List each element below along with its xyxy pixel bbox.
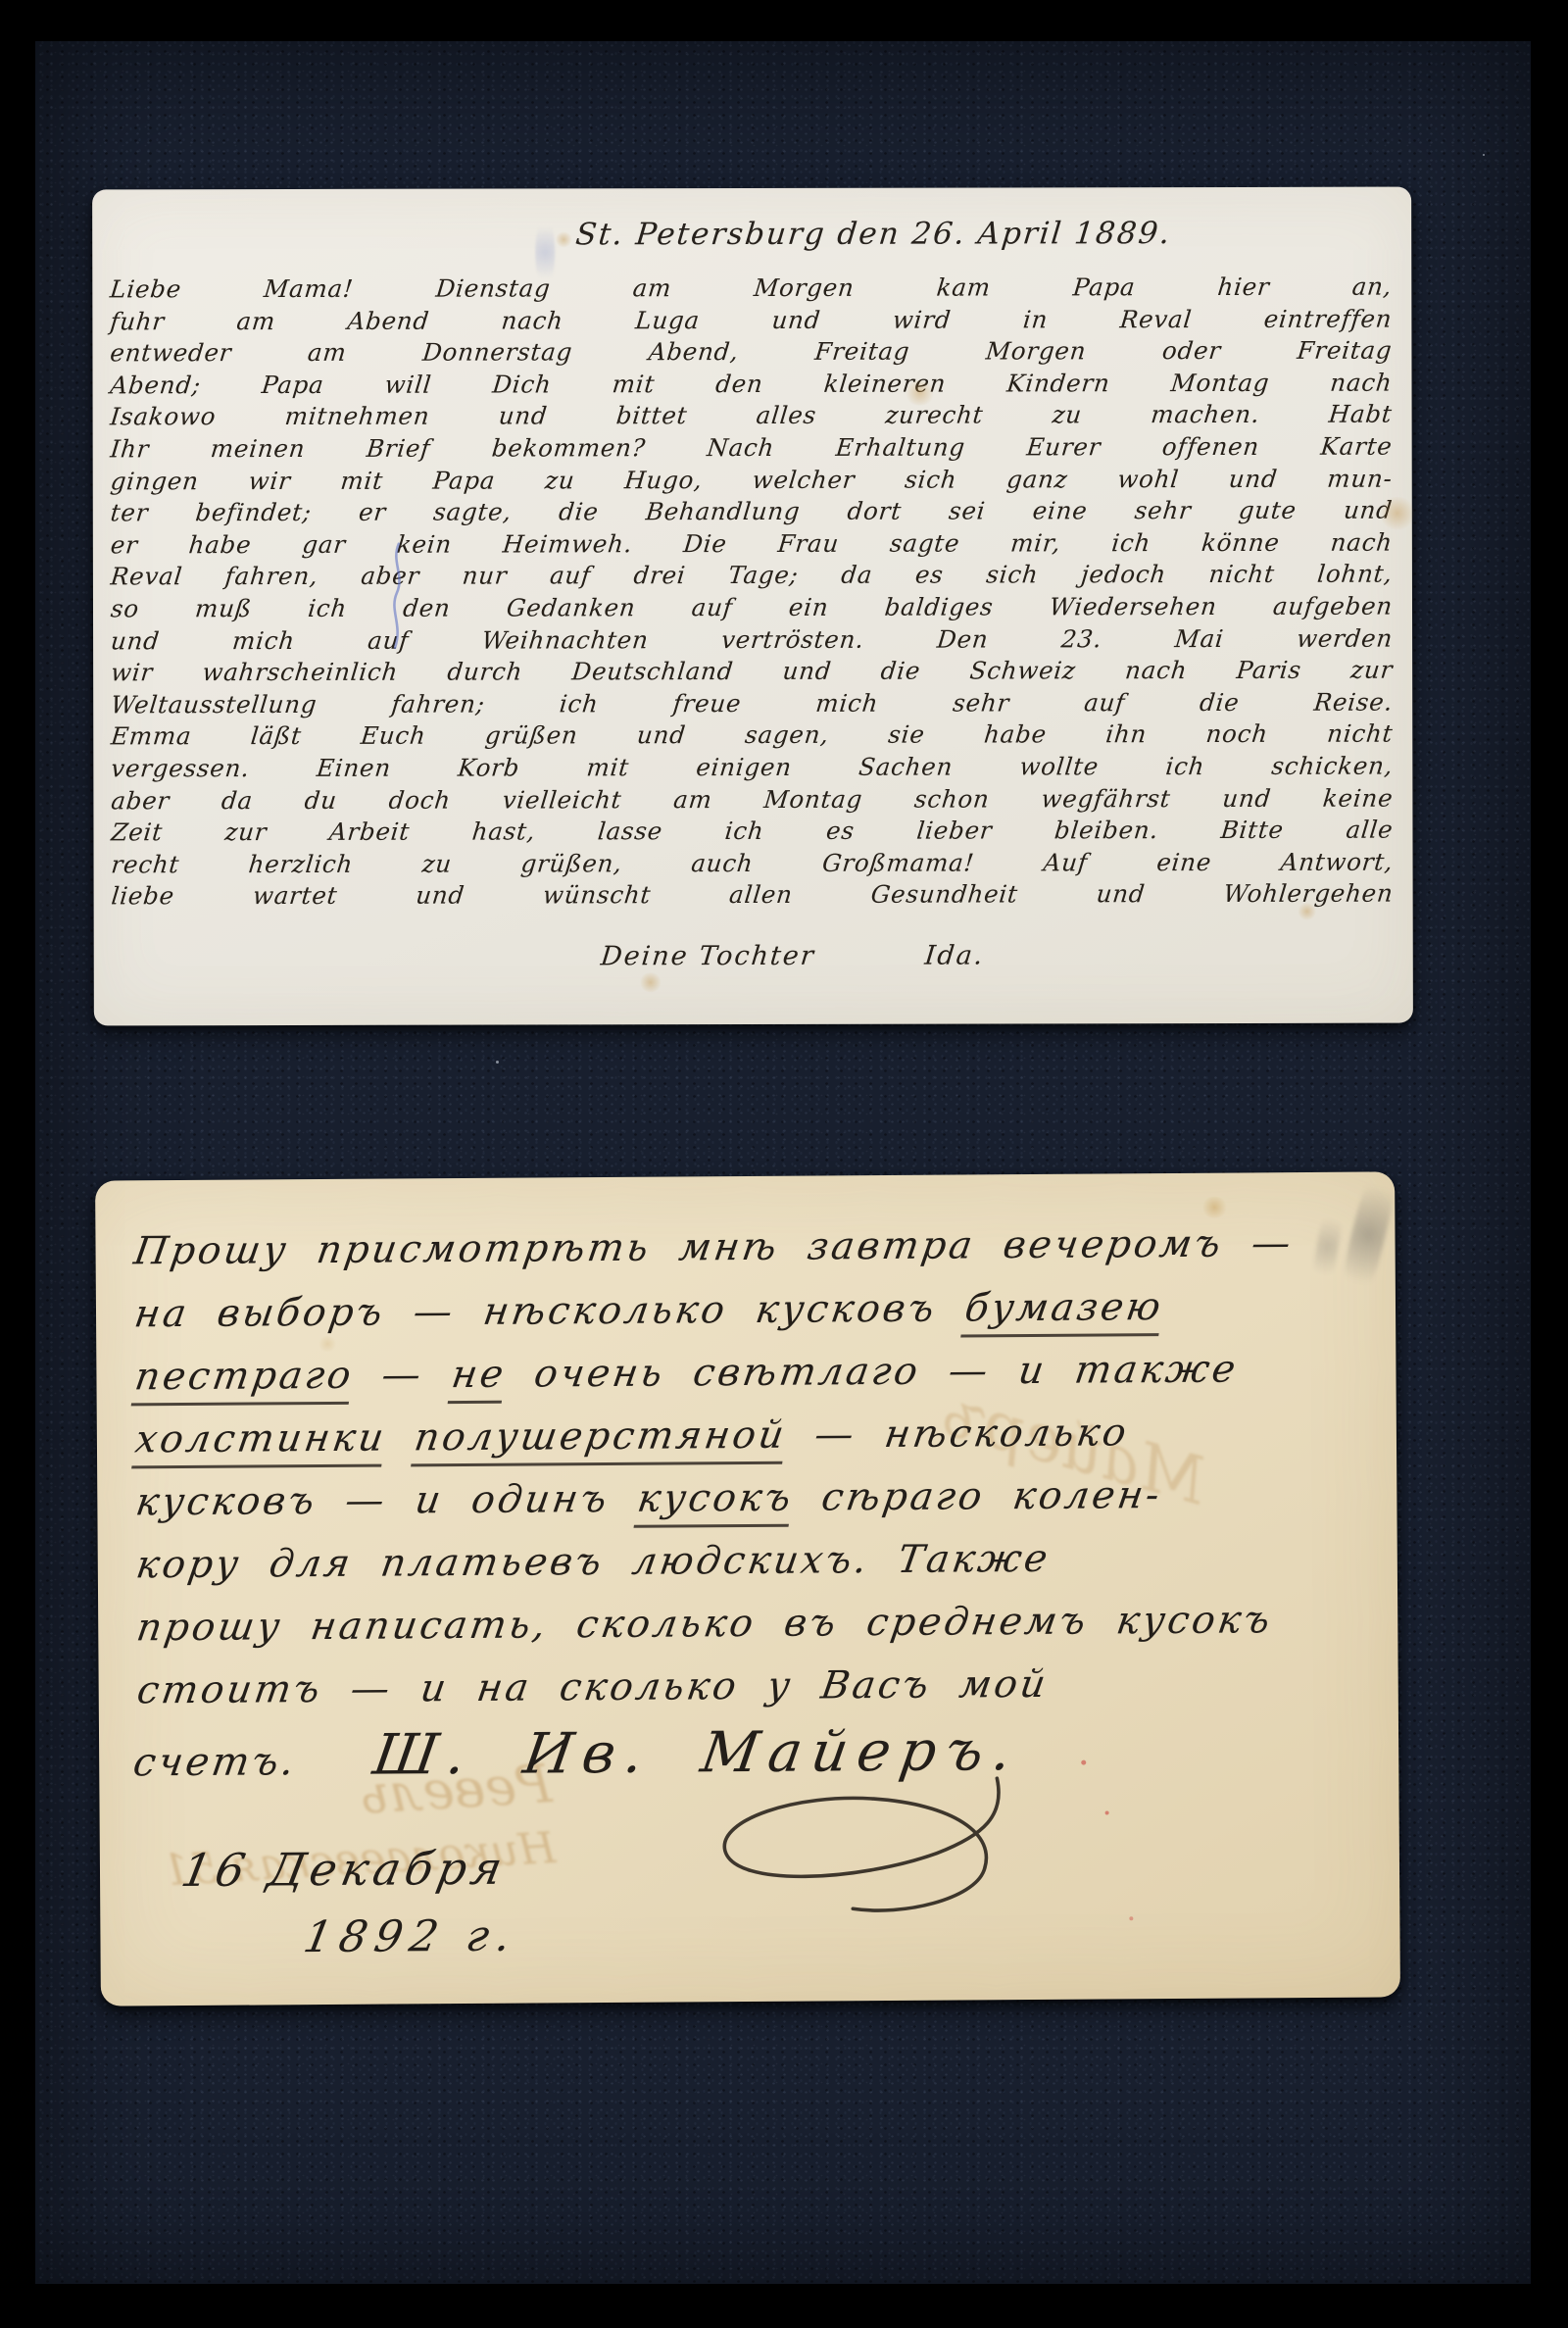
handwritten-line: холстинки полушерстяной — нѣсколько [130, 1404, 1379, 1475]
line-segment: — [350, 1353, 456, 1398]
handwritten-line: ter befindet; er sagte, die Behandlung d… [109, 495, 1394, 529]
stain-spot [1298, 903, 1317, 920]
signature-line: Deine Tochter Ida. [131, 938, 1454, 976]
handwritten-line: liebe wartet und wünscht allen Gesundhei… [110, 878, 1395, 913]
handwritten-line: Прошу присмотрѣть мнѣ завтра вечеромъ — [129, 1215, 1378, 1287]
underlined-word: бумазею [961, 1285, 1167, 1337]
underlined-word: не [448, 1353, 510, 1404]
handwritten-line: vergessen. Einen Korb mit einigen Sachen… [110, 751, 1395, 785]
handwritten-line: Isakowo mitnehmen und bittet alles zurec… [109, 399, 1394, 433]
line-segment: прошу написать, сколько въ среднемъ кусо… [133, 1598, 1275, 1650]
closing-phrase: Deine Tochter [599, 939, 816, 974]
handwritten-line: fuhr am Abend nach Luga und wird in Reva… [109, 303, 1394, 337]
handwritten-line: на выборъ — нѣсколько кусковъ бумазею [129, 1278, 1378, 1350]
line-segment: кору для платьевъ людскихъ. Также [133, 1537, 1053, 1588]
handwritten-line: gingen wir mit Papa zu Hugo, welcher sic… [109, 463, 1394, 497]
handwritten-line: Reval fahren, aber nur auf drei Tage; da… [109, 559, 1394, 593]
date-day-month: 16 Декабря [177, 1841, 512, 1898]
line-segment: стоитъ — и на сколько у Васъ мой [134, 1662, 1052, 1713]
line-segment: на выборъ — нѣсколько кусковъ [131, 1286, 968, 1336]
underlined-word: кусокъ [633, 1476, 796, 1528]
stain-spot [639, 972, 662, 992]
handwritten-line: стоитъ — и на сколько у Васъ мой [132, 1654, 1381, 1725]
letter-body: Прошу присмотрѣть мнѣ завтра вечеромъ —н… [128, 1215, 1371, 1726]
handwritten-line: er habe gar kein Heimweh. Die Frau sagte… [109, 526, 1394, 561]
handwritten-line: Emma läßt Euch grüßen und sagen, sie hab… [110, 718, 1395, 753]
signature-name: Ida. [923, 939, 986, 974]
russian-postcard: Ревель Николаевская 51 Майеръ Прошу прис… [95, 1171, 1400, 2006]
handwritten-line: Zeit zur Arbeit hast, lasse ich es liebe… [110, 815, 1395, 849]
letter-body: Liebe Mama! Dienstag am Morgen kam Papa … [110, 272, 1393, 914]
stain-spot [905, 380, 936, 406]
handwritten-line: прошу написать, сколько въ среднемъ кусо… [132, 1591, 1381, 1662]
stain-spot [1379, 497, 1416, 530]
handwritten-line: wir wahrscheinlich durch Deutschland und… [109, 655, 1394, 689]
handwritten-line: пестраго — не очень свѣтлаго — и также [130, 1341, 1379, 1412]
dust-speck [1483, 154, 1485, 156]
line-segment: сѣраго колен- [790, 1473, 1165, 1520]
dateline: St. Petersburg den 26. April 1889. [90, 211, 1174, 258]
handwritten-line: entweder am Donnerstag Abend, Freitag Mo… [109, 335, 1394, 370]
line-segment: кусковъ — и одинъ [133, 1477, 642, 1525]
underlined-word: полушерстяной [411, 1413, 790, 1467]
handwritten-line: recht herzlich zu grüßen, auch Großmama!… [110, 846, 1395, 880]
blue-ink-smudge [535, 216, 555, 288]
date-year: 1892 г. [300, 1911, 523, 1964]
red-ink-speck [1105, 1810, 1109, 1814]
handwritten-line: Ihr meinen Brief bekommen? Nach Erhaltun… [109, 431, 1394, 466]
handwritten-line: aber da du doch vielleicht am Montag sch… [110, 782, 1395, 817]
line-segment: очень свѣтлаго — и также [503, 1347, 1242, 1396]
line-segment: Прошу присмотрѣть мнѣ завтра вечеромъ — [131, 1221, 1297, 1273]
underlined-word: холстинки [131, 1416, 389, 1469]
german-postcard: St. Petersburg den 26. April 1889. Liebe… [92, 187, 1413, 1026]
blue-ink-mark [387, 542, 409, 652]
stain-spot [555, 231, 572, 247]
handwritten-line: Weltausstellung fahren; ich freue mich s… [110, 686, 1395, 720]
handwritten-line: Abend; Papa will Dich mit den kleineren … [109, 367, 1394, 401]
red-ink-speck [1081, 1760, 1086, 1765]
handwritten-line: und mich auf Weihnachten vertrösten. Den… [109, 622, 1394, 657]
stain-spot [1200, 1197, 1228, 1218]
handwritten-line: кусковъ — и одинъ кусокъ сѣраго колен- [131, 1465, 1380, 1537]
handwritten-line: Liebe Mama! Dienstag am Morgen kam Papa … [109, 272, 1394, 306]
handwritten-line: кору для платьевъ людскихъ. Также [131, 1528, 1380, 1600]
pen-flourish [705, 1774, 1019, 1933]
closing-word: счетъ. [129, 1734, 301, 1790]
dust-speck [496, 1061, 499, 1064]
underlined-word: пестраго [131, 1354, 357, 1407]
line-segment: — нѣсколько [783, 1411, 1132, 1457]
red-ink-speck [1129, 1916, 1133, 1920]
handwritten-line: so muß ich den Gedanken auf ein baldiges… [109, 591, 1394, 625]
stain-spot [318, 1336, 337, 1352]
